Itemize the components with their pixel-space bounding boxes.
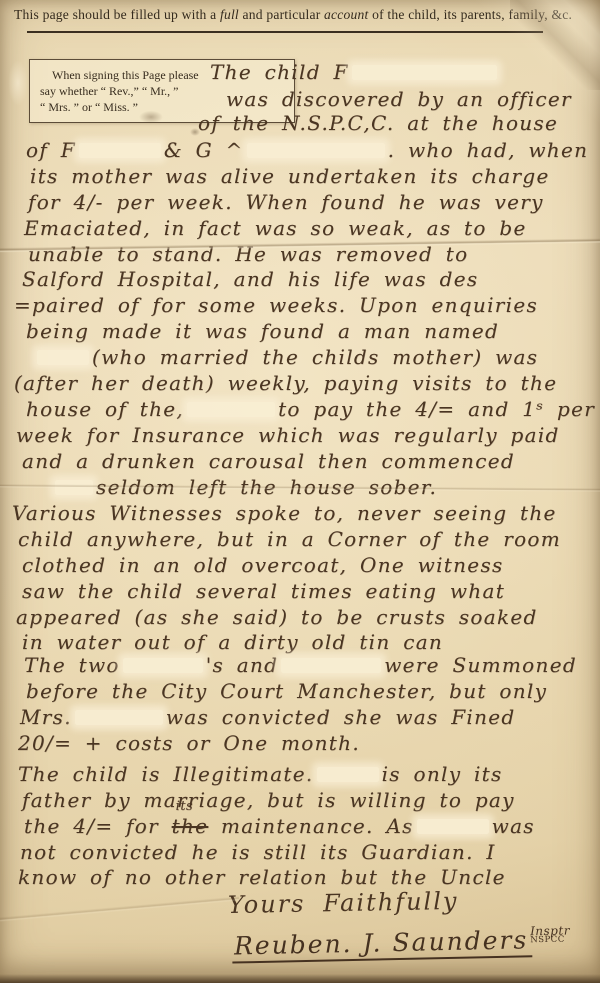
manuscript-line: know of no other relation but the Uncle (18, 865, 506, 889)
redacted-name-patch (37, 350, 89, 365)
manuscript-text: The child F (210, 60, 349, 84)
redacted-name-patch (123, 658, 203, 673)
manuscript-text: appeared (as she said) to be crusts soak… (16, 605, 538, 629)
manuscript-line: its mother was alive undertaken its char… (30, 164, 550, 188)
manuscript-text: (who married the childs mother) was (92, 345, 538, 369)
manuscript-text: Emaciated, in fact was so weak, as to be (24, 216, 527, 240)
corner-fold-line (510, 0, 600, 90)
manuscript-line: house of the,to pay the 4/= and 1ˢ per (26, 397, 595, 421)
redacted-name-patch (187, 402, 275, 417)
manuscript-text: saw the child several times eating what (22, 579, 505, 603)
manuscript-line: The child is Illegitimate.is only its (18, 762, 503, 786)
manuscript-line: in water out of a dirty old tin can (22, 630, 443, 654)
manuscript-line: being made it was found a man named (26, 319, 499, 343)
manuscript-line: clothed in an old overcoat, One witness (22, 553, 504, 577)
paper-stain (138, 110, 164, 124)
manuscript-line: saw the child several times eating what (22, 579, 505, 603)
manuscript-text: to pay the 4/= and 1ˢ per (278, 397, 595, 421)
manuscript-line: unable to stand. He was removed to (28, 242, 468, 266)
manuscript-text: house of the, (26, 397, 184, 421)
manuscript-line: =paired of for some weeks. Upon enquirie… (14, 293, 538, 317)
redacted-name-patch (281, 658, 381, 673)
manuscript-text: was convicted she was Fined (166, 705, 516, 729)
manuscript-text: seldom left the house sober. (96, 475, 437, 499)
manuscript-text: father by marriage, but is willing to pa… (22, 788, 515, 812)
manuscript-text: (after her death) weekly, paying visits … (14, 371, 557, 395)
redacted-name-patch (317, 767, 379, 782)
manuscript-line: The two's andwere Summoned (24, 653, 577, 677)
redacted-name-patch (417, 819, 489, 834)
manuscript-text: clothed in an old overcoat, One witness (22, 553, 504, 577)
manuscript-line: Various Witnesses spoke to, never seeing… (12, 501, 557, 525)
manuscript-text: 's and (206, 653, 279, 677)
redacted-name-patch (79, 143, 161, 158)
manuscript-text: for 4/- per week. When found he was very (28, 190, 544, 214)
manuscript-line: for 4/- per week. When found he was very (28, 190, 544, 214)
manuscript-line: child anywhere, but in a Corner of the r… (18, 527, 561, 551)
manuscript-text: before the City Court Manchester, but on… (26, 679, 547, 703)
redacted-name-patch (55, 480, 93, 495)
manuscript-text: & G ^ (164, 138, 244, 162)
manuscript-text: The child is Illegitimate. (18, 762, 314, 786)
manuscript-text: 20/= + costs or One month. (18, 731, 360, 755)
inserted-word: its (176, 799, 194, 814)
signature-name: Reuben. J. Saunders (232, 925, 533, 963)
manuscript-text: in water out of a dirty old tin can (22, 630, 443, 654)
signature-org: NSPCC (530, 935, 570, 945)
manuscript-line: Mrs.was convicted she was Fined (20, 705, 516, 729)
redacted-name-patch (75, 710, 163, 725)
manuscript-text: was (492, 814, 535, 838)
paper-stain (190, 128, 200, 136)
manuscript-text: were Summoned (384, 653, 577, 677)
manuscript-line: and a drunken carousal then commenced (22, 449, 515, 473)
manuscript-line: (who married the childs mother) was (34, 345, 538, 369)
manuscript-line: 20/= + costs or One month. (18, 731, 360, 755)
closing-salutation: Yours Faithfully (228, 887, 459, 919)
manuscript-line: the 4/= for theits maintenance. Aswas (24, 814, 535, 838)
manuscript-text: of F (26, 138, 76, 162)
manuscript-line: Salford Hospital, and his life was des (22, 267, 478, 291)
letter-page: This page should be filled up with a ful… (0, 0, 600, 983)
manuscript-line: father by marriage, but is willing to pa… (22, 788, 515, 812)
manuscript-text: its mother was alive undertaken its char… (30, 164, 550, 188)
manuscript-text: =paired of for some weeks. Upon enquirie… (14, 293, 538, 317)
paper-highlight (8, 60, 28, 106)
manuscript-text: and a drunken carousal then commenced (22, 449, 515, 473)
manuscript-text: week for Insurance which was regularly p… (16, 423, 560, 447)
manuscript-line: before the City Court Manchester, but on… (26, 679, 547, 703)
manuscript-line: week for Insurance which was regularly p… (16, 423, 560, 447)
manuscript-line: Emaciated, in fact was so weak, as to be (24, 216, 527, 240)
manuscript-text: Salford Hospital, and his life was des (22, 267, 478, 291)
manuscript-line: appeared (as she said) to be crusts soak… (16, 605, 538, 629)
manuscript-line: (after her death) weekly, paying visits … (14, 371, 557, 395)
manuscript-text: the 4/= for (24, 814, 172, 838)
manuscript-text: The two (24, 653, 120, 677)
manuscript-text: know of no other relation but the Uncle (18, 865, 506, 889)
signature: Reuben. J. SaundersInsptrNSPCC (232, 924, 571, 960)
signature-suffix: InsptrNSPCC (530, 926, 570, 945)
manuscript-text: not convicted he is still its Guardian. … (20, 840, 496, 864)
manuscript-text: child anywhere, but in a Corner of the r… (18, 527, 561, 551)
manuscript-text: Various Witnesses spoke to, never seeing… (12, 501, 557, 525)
redacted-name-patch (247, 143, 385, 158)
struck-word: theits (172, 814, 209, 838)
manuscript-line: not convicted he is still its Guardian. … (20, 840, 496, 864)
manuscript-text: unable to stand. He was removed to (28, 242, 468, 266)
manuscript-text: maintenance. As (208, 814, 413, 838)
paper-bottom-edge (0, 974, 600, 983)
manuscript-text: is only its (382, 762, 503, 786)
manuscript-text: being made it was found a man named (26, 319, 499, 343)
manuscript-line: seldom left the house sober. (52, 475, 437, 499)
manuscript-text: Mrs. (20, 705, 72, 729)
